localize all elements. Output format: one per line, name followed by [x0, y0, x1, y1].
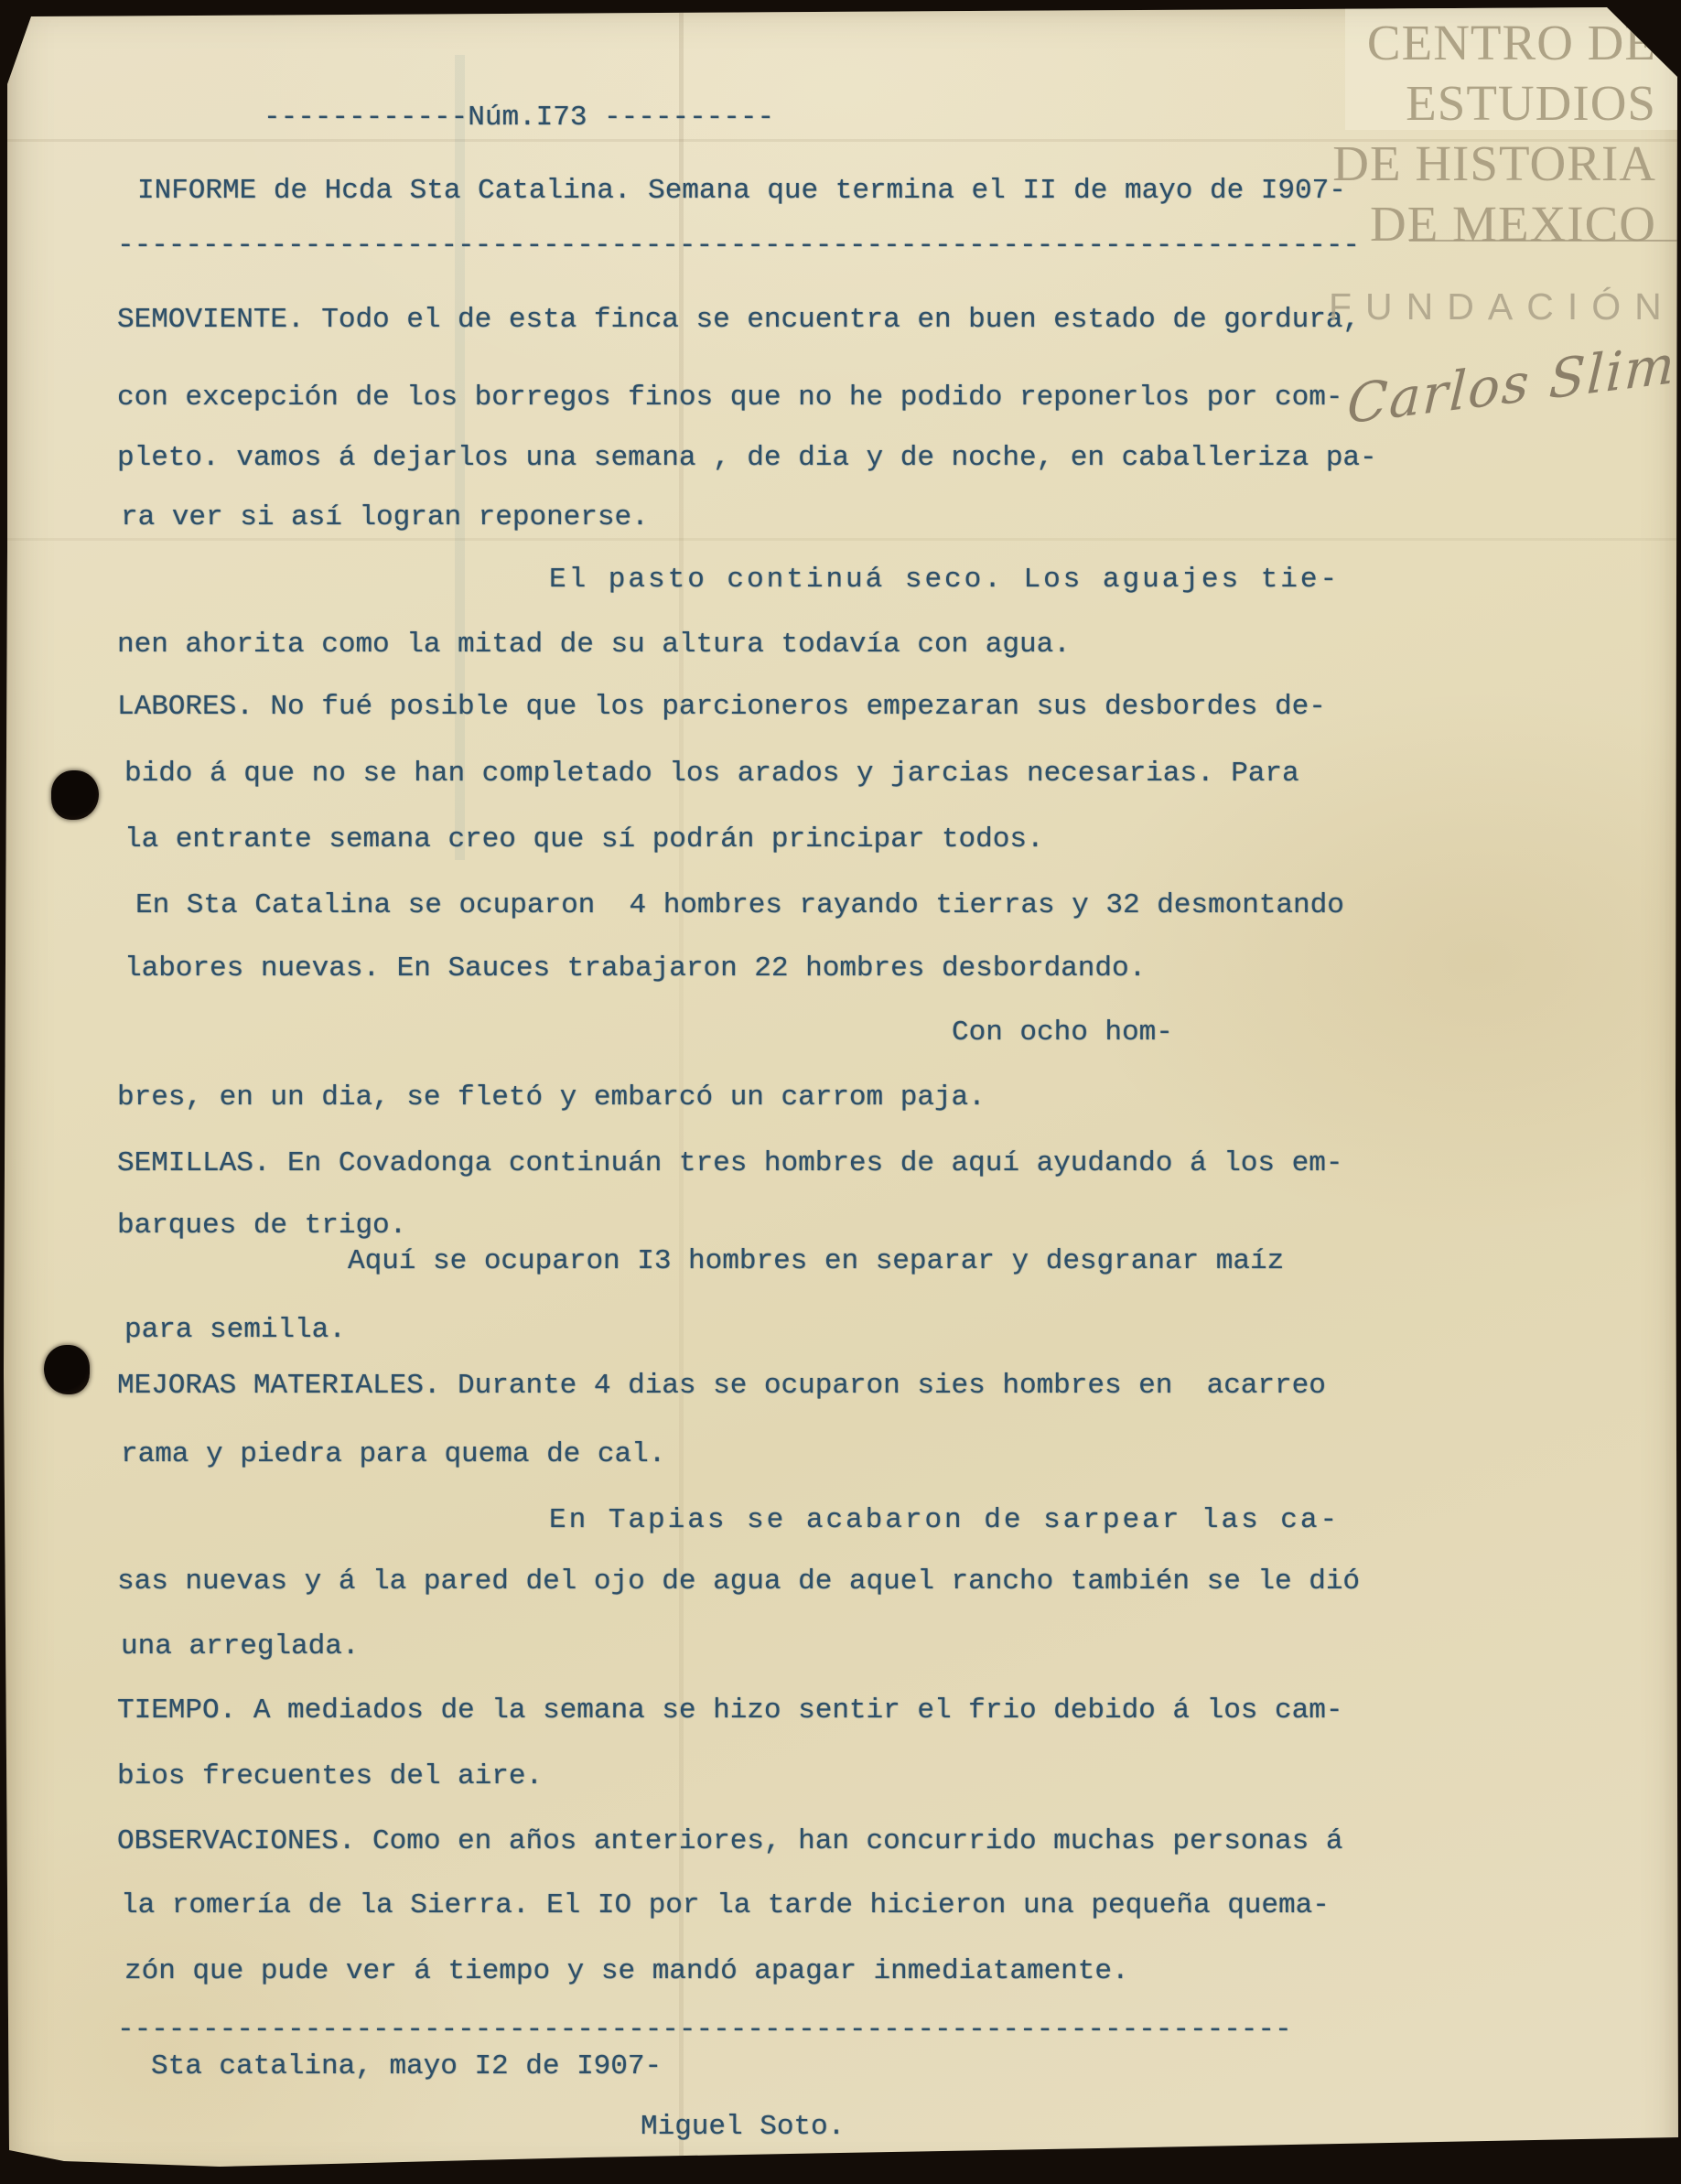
dashed-separator-top: ----------------------------------------… [117, 231, 1360, 262]
body-line: OBSERVACIONES. Como en años anteriores, … [117, 1826, 1342, 1857]
watermark-line: ESTUDIOS [1332, 73, 1656, 134]
punch-hole-top [51, 770, 99, 820]
signer-name: Miguel Soto. [641, 2112, 845, 2143]
body-line: MEJORAS MATERIALES. Durante 4 dias se oc… [117, 1371, 1326, 1402]
body-line: sas nuevas y á la pared del ojo de agua … [117, 1566, 1360, 1598]
body-line: En Tapias se acabaron de sarpear las ca- [549, 1505, 1340, 1536]
watermark-signature: Carlos Slim [1338, 331, 1681, 436]
body-line: nen ahorita como la mitad de su altura t… [117, 629, 1071, 661]
body-line: bido á que no se han completado los arad… [124, 758, 1299, 790]
dashed-separator-bottom: ----------------------------------------… [117, 2015, 1292, 2046]
report-title-line: INFORME de Hcda Sta Catalina. Semana que… [137, 176, 1346, 207]
body-line: pleto. vamos á dejarlos una semana , de … [117, 443, 1377, 474]
body-line: bios frecuentes del aire. [117, 1761, 543, 1792]
body-line: bres, en un dia, se fletó y embarcó un c… [117, 1082, 986, 1114]
body-line: barques de trigo. [117, 1210, 406, 1242]
watermark-line: CENTRO DE [1332, 13, 1656, 73]
watermark-line: DE MEXICO [1332, 194, 1656, 254]
body-line: TIEMPO. A mediados de la semana se hizo … [117, 1695, 1342, 1727]
body-line: LABORES. No fué posible que los parcione… [117, 692, 1326, 723]
document-page: ------------Núm.I73 ---------- INFORME d… [0, 0, 1681, 2184]
watermark-archive-name: CENTRO DE ESTUDIOS DE HISTORIA DE MEXICO [1332, 13, 1656, 254]
place-date-line: Sta catalina, mayo I2 de I907- [151, 2051, 662, 2082]
punch-hole-bottom [44, 1345, 90, 1394]
body-line: El pasto continuá seco. Los aguajes tie- [549, 565, 1340, 596]
body-line: ra ver si así logran reponerse. [121, 502, 649, 533]
body-line: la entrante semana creo que sí podrán pr… [124, 824, 1044, 855]
body-line: SEMILLAS. En Covadonga continuán tres ho… [117, 1148, 1342, 1179]
document-number-line: ------------Núm.I73 ---------- [264, 102, 774, 134]
body-line: Con ocho hom- [952, 1017, 1173, 1049]
body-line: rama y piedra para quema de cal. [121, 1439, 665, 1470]
body-line: con excepción de los borregos finos que … [117, 382, 1342, 414]
body-line: una arreglada. [121, 1631, 359, 1662]
body-line: SEMOVIENTE. Todo el de esta finca se enc… [117, 305, 1360, 336]
watermark-line: DE HISTORIA [1332, 134, 1656, 194]
body-line: zón que pude ver á tiempo y se mandó apa… [124, 1956, 1129, 1987]
body-line: En Sta Catalina se ocuparon 4 hombres ra… [135, 890, 1344, 921]
body-line: la romería de la Sierra. El IO por la ta… [121, 1890, 1330, 1921]
watermark-foundation-label: FUNDACIÓN [1329, 285, 1676, 328]
horizontal-crease-mid [0, 538, 1681, 541]
photo-background: ------------Núm.I73 ---------- INFORME d… [0, 0, 1681, 2184]
body-line: labores nuevas. En Sauces trabajaron 22 … [124, 953, 1146, 984]
body-line: Aquí se ocuparon I3 hombres en separar y… [348, 1246, 1284, 1277]
body-line: para semilla. [124, 1315, 346, 1346]
